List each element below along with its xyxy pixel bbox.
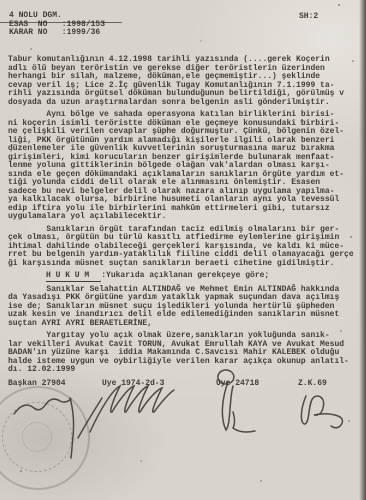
decision-number-line: KARAR NO :1999/36 [9,29,100,38]
document-body: Tabur komutanlığının 4.12.1998 tarihli y… [8,56,360,379]
body-paragraph: Sanıkların örgüt tarafından taciz edilmi… [8,226,360,269]
body-paragraph: Tabur komutanlığının 4.12.1998 tarihli y… [8,56,360,107]
body-paragraph: Yargıtay yolu açık olmak üzere,sanıkları… [8,332,360,375]
member1-signature [90,386,174,432]
court-stamp [0,386,90,490]
signature-label-member-2: Üye 24718 [216,380,259,389]
court-stamp-core [22,422,52,452]
verdict-text: :Yukarıda açıklanan gerekçeye göre; [101,271,269,280]
scan-noise-specks [0,0,2,2]
clerk-signature [301,396,342,428]
verdict-heading: H Ü K Ü M [46,272,101,282]
document-page: 4 NOLU DGM. ESAS NO :1998/153 KARAR NO :… [0,0,366,500]
signature-label-member-1: Üye 1974-2d-3 [102,380,164,389]
scan-edge-shadow [359,0,366,500]
body-paragraph: Sanıklar Selahattin ALTINDAĞ ve Mehmet E… [8,286,360,329]
body-paragraph: Aynı bölge ve sahada operasyona katılan … [8,111,360,222]
page-number: SH:2 [299,13,318,22]
signature-label-clerk: Z.K.69 [298,380,327,389]
verdict-line: H Ü K Ü M:Yukarıda açıklanan gerekçeye g… [8,272,360,282]
